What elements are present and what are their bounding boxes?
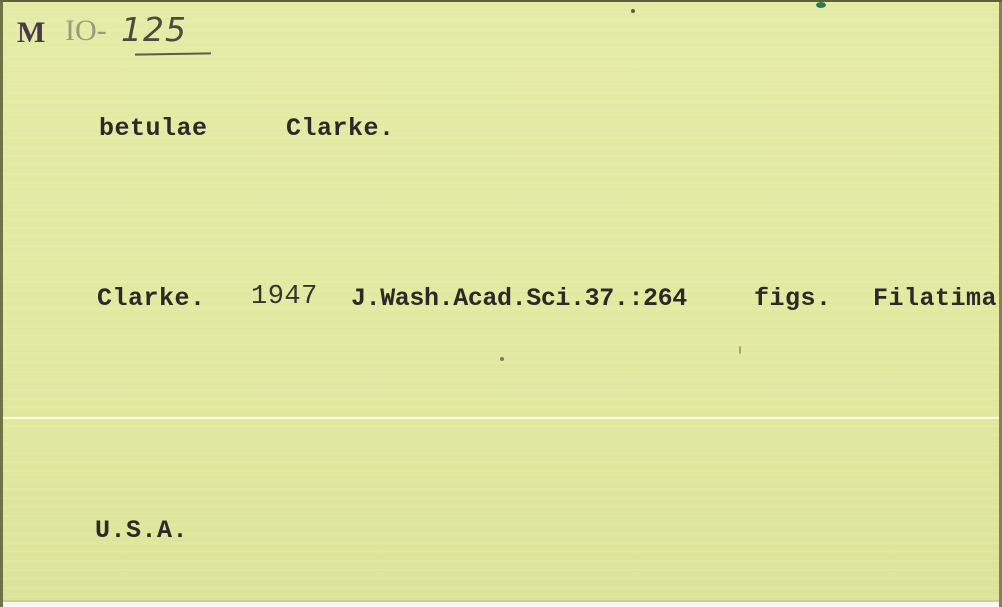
card-bottom-edge	[3, 600, 1002, 607]
ink-speck	[631, 9, 635, 13]
green-speck	[816, 2, 826, 8]
species-author: Clarke.	[286, 114, 395, 143]
reference-author: Clarke.	[97, 284, 206, 313]
handwritten-underline	[135, 52, 211, 55]
index-card: M IO- 125 betulae Clarke. Clarke. 1947 J…	[0, 0, 1002, 607]
catalog-stamp-code: IO-	[65, 14, 107, 48]
species-epithet: betulae	[99, 114, 208, 143]
reference-genus: Filatima	[873, 284, 997, 313]
locality: U.S.A.	[95, 516, 188, 545]
reference-year: 1947	[251, 282, 318, 312]
catalog-handwritten-number: 125	[121, 10, 187, 49]
card-crease-line	[3, 417, 1002, 419]
reference-citation: J.Wash.Acad.Sci.37.:264	[351, 284, 687, 313]
catalog-stamp-letter: M	[17, 16, 44, 50]
ink-mark	[739, 346, 741, 354]
reference-notes: figs.	[754, 284, 832, 313]
ink-speck	[500, 357, 504, 361]
